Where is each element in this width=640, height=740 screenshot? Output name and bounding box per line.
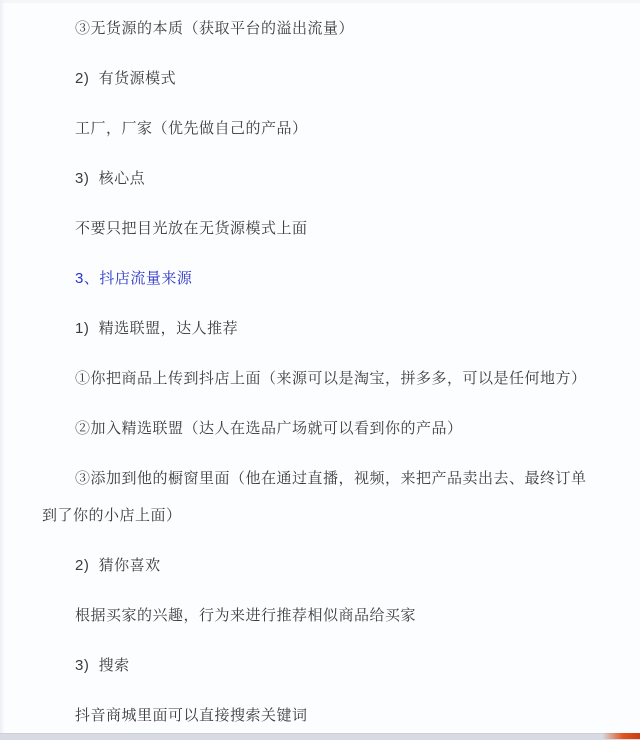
bottom-bar: [0, 733, 640, 740]
paragraph: 2) 猜你喜欢: [42, 547, 594, 584]
document-page: ③无货源的本质（获取平台的溢出流量）2) 有货源模式工厂，厂家（优先做自己的产品…: [0, 0, 640, 740]
paragraph: 不要只把目光放在无货源模式上面: [42, 210, 594, 247]
orange-accent-bar: [602, 733, 640, 739]
paragraph: ①你把商品上传到抖店上面（来源可以是淘宝，拼多多，可以是任何地方）: [42, 360, 594, 397]
paragraph: 1) 精选联盟，达人推荐: [42, 310, 594, 347]
paragraph: ③无货源的本质（获取平台的溢出流量）: [42, 10, 594, 47]
document-body: ③无货源的本质（获取平台的溢出流量）2) 有货源模式工厂，厂家（优先做自己的产品…: [42, 10, 594, 740]
page-top-edge: [0, 0, 640, 3]
paragraph: 抖音商城里面可以直接搜索关键词: [42, 697, 594, 734]
paragraph: 根据买家的兴趣，行为来进行推荐相似商品给买家: [42, 597, 594, 634]
paragraph: 3) 搜索: [42, 647, 594, 684]
paragraph: 工厂，厂家（优先做自己的产品）: [42, 110, 594, 147]
section-heading: 3、抖店流量来源: [42, 260, 594, 297]
page-left-edge: [0, 0, 5, 740]
paragraph: 3) 核心点: [42, 160, 594, 197]
paragraph: ②加入精选联盟（达人在选品广场就可以看到你的产品）: [42, 410, 594, 447]
paragraph: ③添加到他的橱窗里面（他在通过直播，视频，来把产品卖出去、最终订单到了你的小店上…: [42, 460, 594, 534]
paragraph: 2) 有货源模式: [42, 60, 594, 97]
